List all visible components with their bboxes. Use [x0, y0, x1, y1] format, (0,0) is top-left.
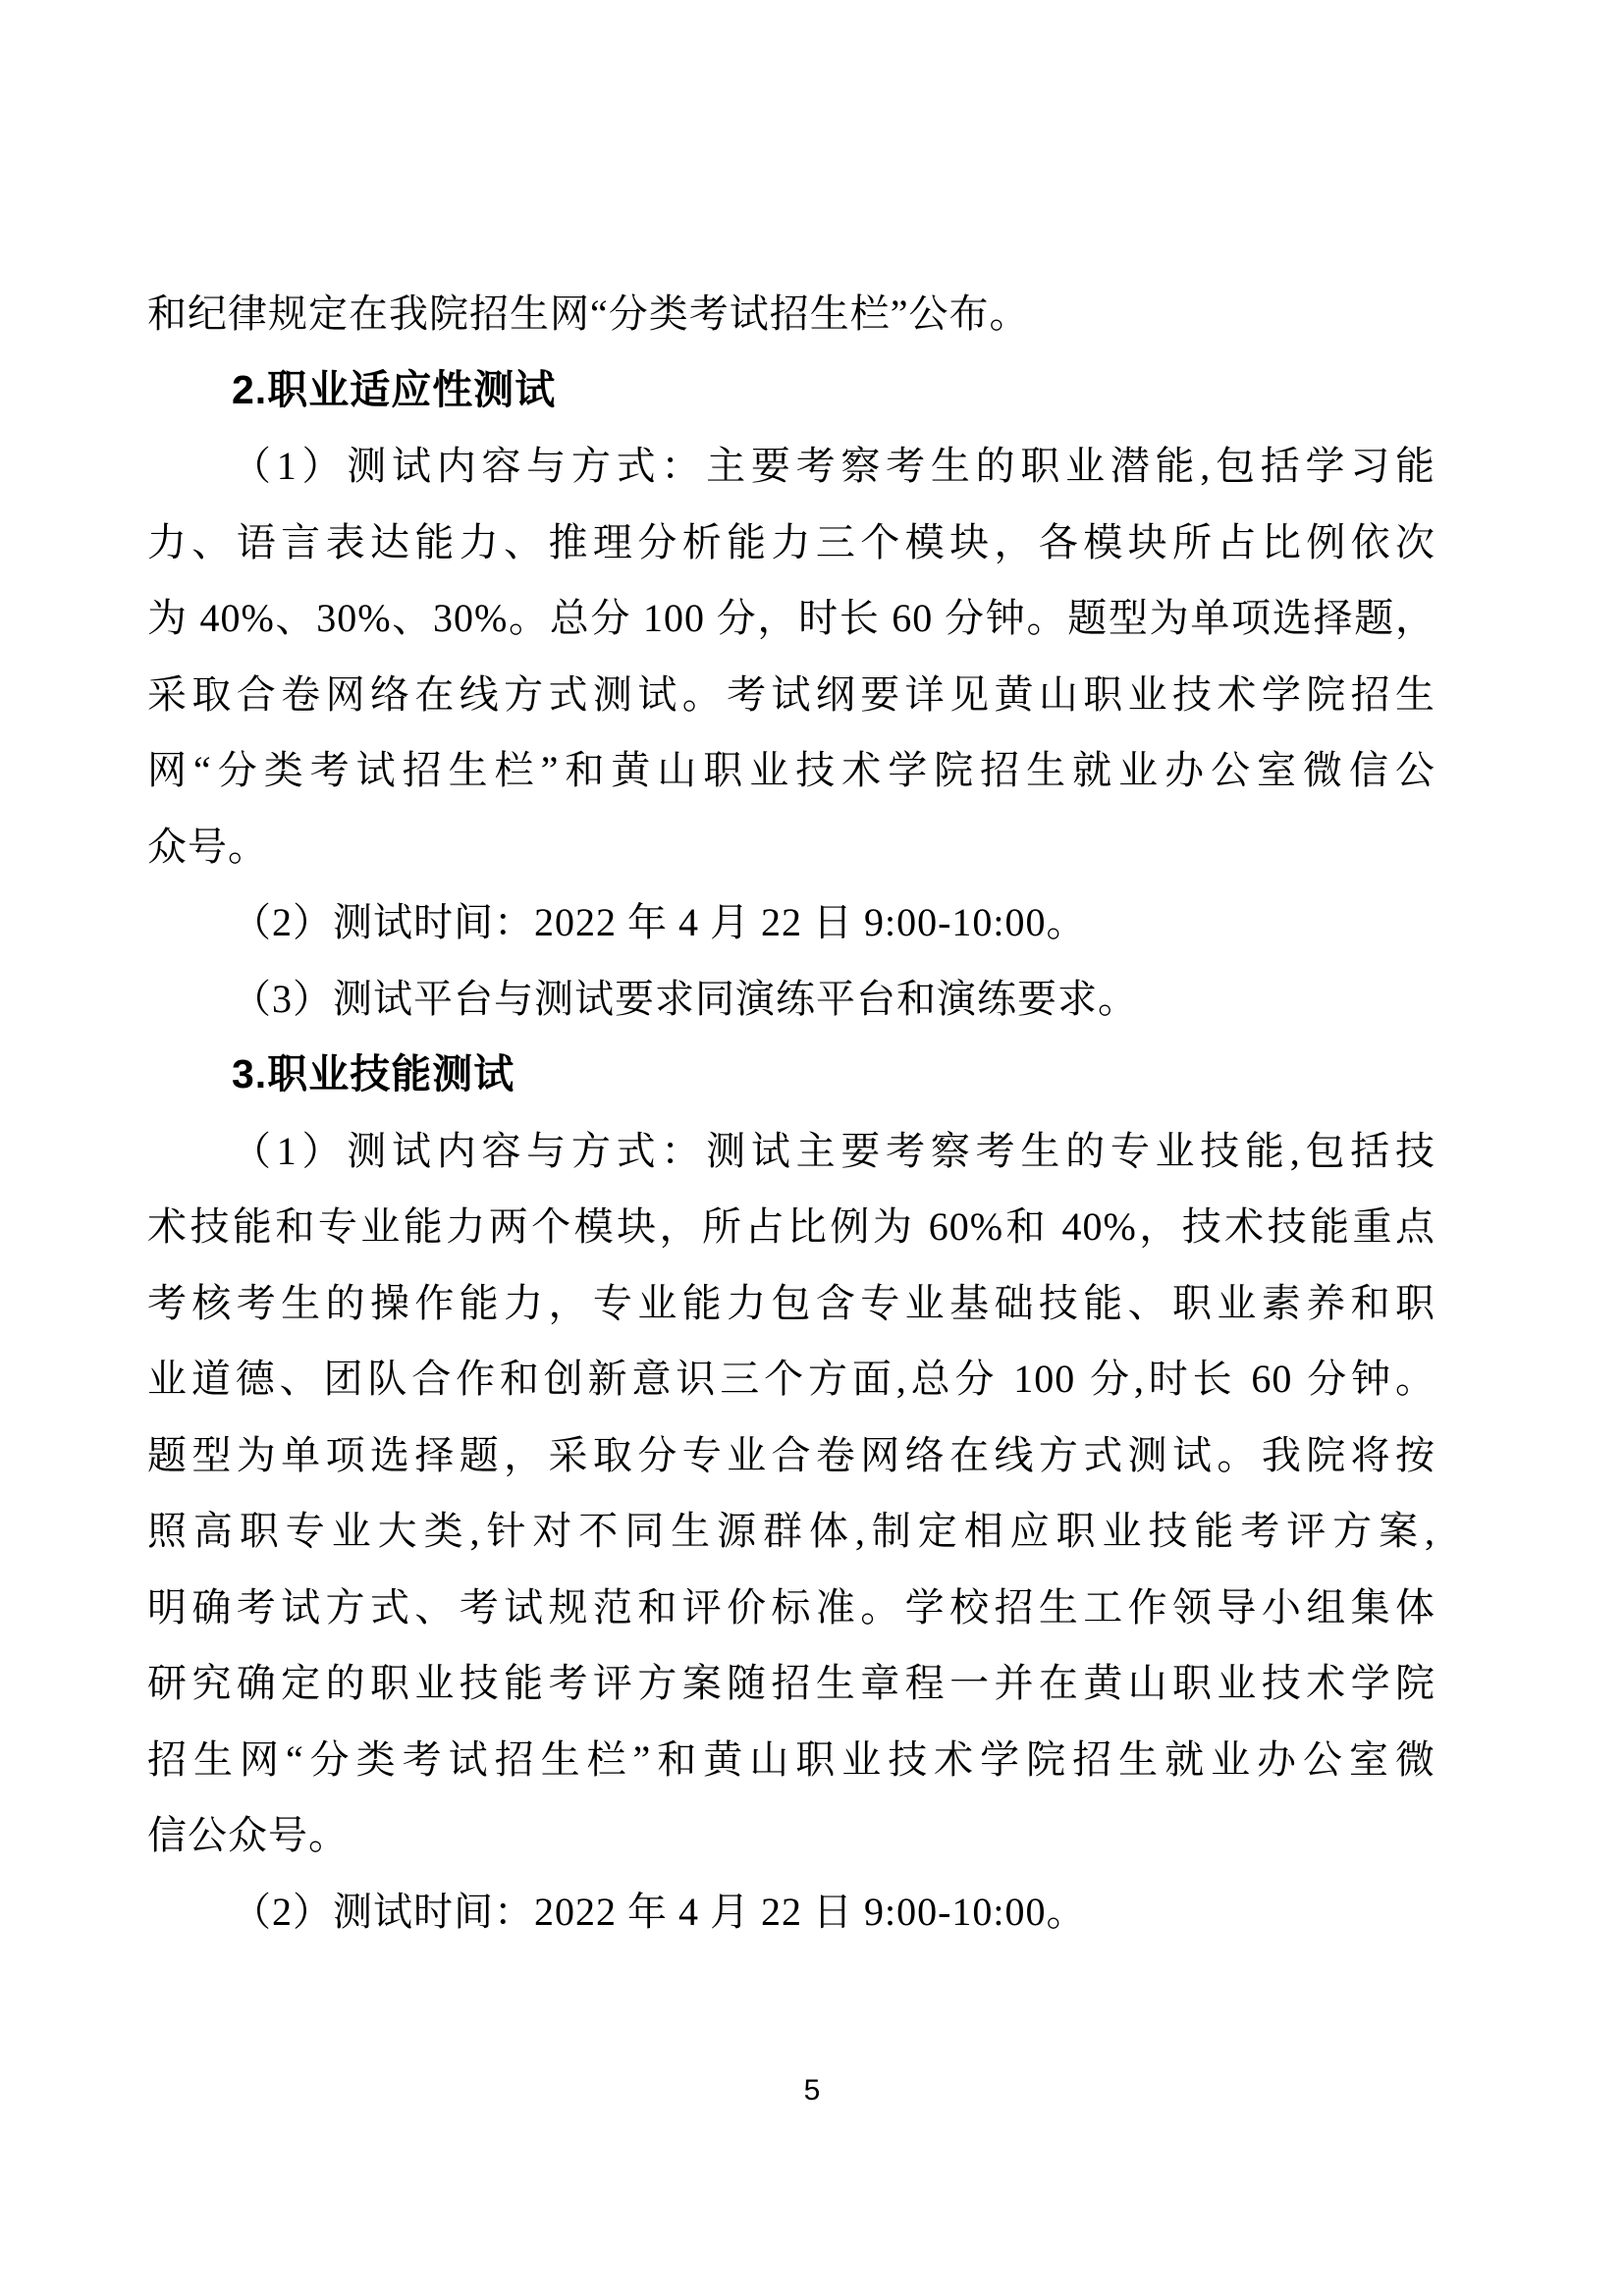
section-heading: 2.职业适应性测试 — [147, 352, 1435, 429]
text-line: 招生网“分类考试招生栏”和黄山职业技术学院招生就业办公室微 — [147, 1722, 1435, 1798]
page-footer: 5 — [0, 2073, 1624, 2109]
text-line: 研究确定的职业技能考评方案随招生章程一并在黄山职业技术学院 — [147, 1645, 1435, 1722]
text-line: 业道德、团队合作和创新意识三个方面,总分 100 分,时长 60 分钟。 — [147, 1341, 1435, 1417]
text-line: 众号。 — [147, 809, 1435, 885]
text-line: （2）测试时间：2022 年 4 月 22 日 9:00-10:00。 — [147, 884, 1435, 961]
text-line: 术技能和专业能力两个模块，所占比例为 60%和 40%，技术技能重点 — [147, 1189, 1435, 1265]
document-content: 和纪律规定在我院招生网“分类考试招生栏”公布。2.职业适应性测试（1）测试内容与… — [147, 276, 1435, 1949]
text-line: 和纪律规定在我院招生网“分类考试招生栏”公布。 — [147, 276, 1435, 352]
text-line: （2）测试时间：2022 年 4 月 22 日 9:00-10:00。 — [147, 1874, 1435, 1950]
text-line: 考核考生的操作能力，专业能力包含专业基础技能、职业素养和职 — [147, 1265, 1435, 1342]
section-heading: 3.职业技能测试 — [147, 1037, 1435, 1113]
text-line: 信公众号。 — [147, 1797, 1435, 1874]
text-line: 网“分类考试招生栏”和黄山职业技术学院招生就业办公室微信公 — [147, 732, 1435, 809]
document-page: 和纪律规定在我院招生网“分类考试招生栏”公布。2.职业适应性测试（1）测试内容与… — [0, 0, 1624, 2296]
text-line: 明确考试方式、考试规范和评价标准。学校招生工作领导小组集体 — [147, 1570, 1435, 1646]
text-line: 采取合卷网络在线方式测试。考试纲要详见黄山职业技术学院招生 — [147, 657, 1435, 733]
text-line: （1）测试内容与方式：测试主要考察考生的专业技能,包括技 — [147, 1113, 1435, 1190]
text-line: （3）测试平台与测试要求同演练平台和演练要求。 — [147, 961, 1435, 1038]
text-line: 照高职专业大类,针对不同生源群体,制定相应职业技能考评方案, — [147, 1493, 1435, 1570]
text-line: 题型为单项选择题，采取分专业合卷网络在线方式测试。我院将按 — [147, 1417, 1435, 1494]
page-number: 5 — [804, 2074, 821, 2107]
text-line: 力、语言表达能力、推理分析能力三个模块，各模块所占比例依次 — [147, 505, 1435, 581]
text-line: 为 40%、30%、30%。总分 100 分，时长 60 分钟。题型为单项选择题… — [147, 580, 1435, 657]
text-line: （1）测试内容与方式：主要考察考生的职业潜能,包括学习能 — [147, 428, 1435, 505]
